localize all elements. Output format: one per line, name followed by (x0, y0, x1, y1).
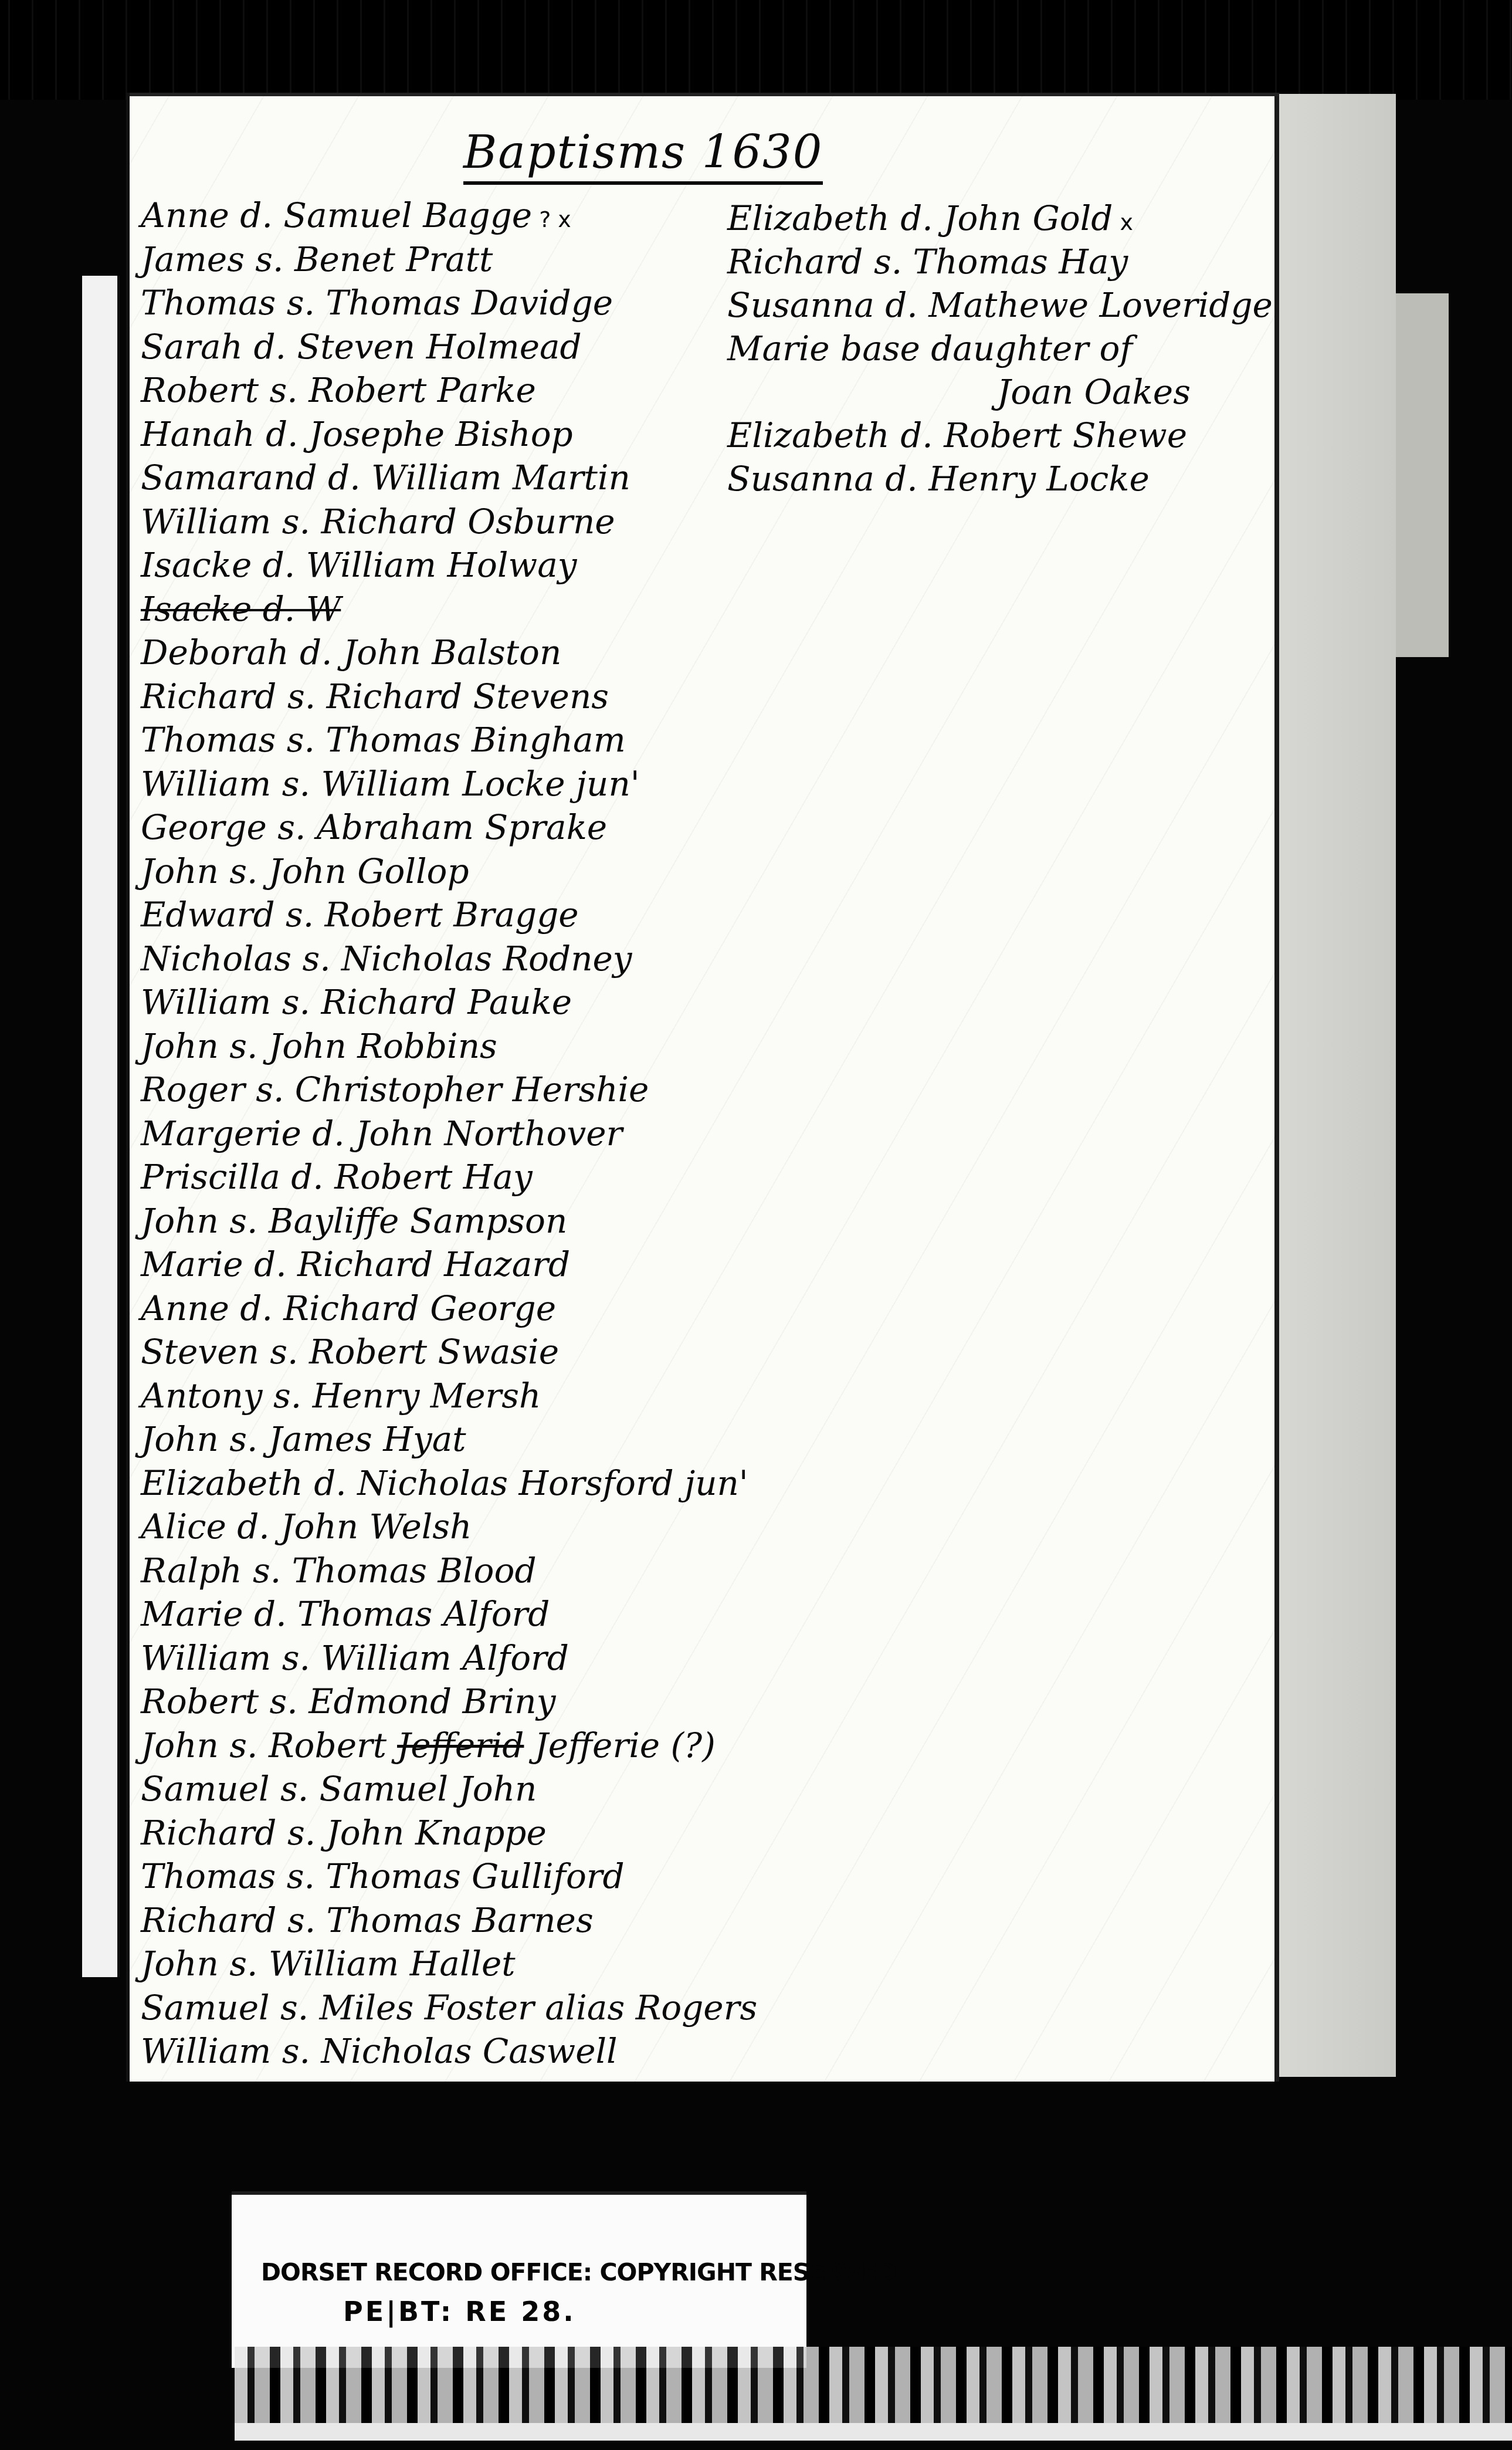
torn-paper-tab (1396, 293, 1449, 657)
baptism-entry: Hanah d. Josephe Bishop (141, 412, 815, 456)
baptism-entry: Edward s. Robert Bragge (141, 893, 815, 937)
baptism-entry: Elizabeth d. Robert Shewe (727, 414, 1255, 457)
entry-text: John s. Robert (141, 1725, 387, 1765)
baptism-entry: Robert s. Robert Parke (141, 368, 815, 412)
entry-text: Thomas s. Thomas Gulliford (141, 1856, 625, 1896)
margin-mark: x (1120, 209, 1133, 235)
baptism-entry: William s. Nicholas Caswell (141, 2029, 815, 2073)
film-strip-bottom (235, 2423, 1512, 2441)
entry-text: John s. John Robbins (141, 1026, 497, 1066)
entry-text: Hanah d. Josephe Bishop (141, 414, 573, 454)
entry-text: Richard s. Richard Stevens (141, 676, 609, 716)
entry-text: Richard s. John Knappe (141, 1813, 547, 1853)
baptism-entry: John s. John Gollop (141, 850, 815, 894)
page-binding-strip (82, 276, 120, 1977)
entry-text: Richard s. Thomas Hay (727, 242, 1128, 282)
baptism-entry: Sarah d. Steven Holmead (141, 325, 815, 369)
baptism-entry: Joan Oakes (727, 370, 1255, 414)
baptism-entry: Richard s. Thomas Barnes (141, 1899, 815, 1943)
baptism-entry: Robert s. Edmond Briny (141, 1680, 815, 1724)
film-strip-edge (235, 2347, 1512, 2435)
baptism-entry: Antony s. Henry Mersh (141, 1374, 815, 1418)
archive-label: DORSET RECORD OFFICE: COPYRIGHT RESERVED… (232, 2191, 806, 2368)
right-column-entries: Elizabeth d. John GoldxRichard s. Thomas… (727, 197, 1255, 500)
entry-text: Joan Oakes (997, 372, 1191, 412)
entry-text: Marie base daughter of (727, 329, 1133, 368)
entry-text: James s. Benet Pratt (141, 239, 493, 279)
entry-text: Robert s. Robert Parke (141, 370, 536, 410)
page-title: Baptisms 1630 (463, 126, 823, 185)
entry-text: Marie d. Richard Hazard (141, 1244, 570, 1284)
entry-text: Elizabeth d. Nicholas Horsford jun' (141, 1463, 748, 1503)
left-column-entries: Anne d. Samuel Bagge? xJames s. Benet Pr… (141, 194, 815, 2073)
entry-text: John s. James Hyat (141, 1419, 466, 1459)
baptism-entry: Samarand d. William Martin (141, 456, 815, 500)
baptism-entry: William s. Richard Pauke (141, 980, 815, 1024)
baptism-entry: Susanna d. Mathewe Loveridge (727, 283, 1255, 327)
entry-text: Susanna d. Henry Locke (727, 459, 1150, 499)
entry-text: Robert s. Edmond Briny (141, 1681, 555, 1721)
baptism-entry: Susanna d. Henry Locke (727, 457, 1255, 500)
entry-text: Priscilla d. Robert Hay (141, 1157, 533, 1197)
baptism-entry: John s. Bayliffe Sampson (141, 1199, 815, 1243)
entry-text: Samuel s. Miles Foster alias Rogers (141, 1988, 757, 2028)
baptism-entry: Nicholas s. Nicholas Rodney (141, 937, 815, 981)
baptism-entry: John s. RobertJefferidJefferie (?) (141, 1724, 815, 1768)
entry-text: Nicholas s. Nicholas Rodney (141, 939, 632, 979)
entry-text: Richard s. Thomas Barnes (141, 1900, 594, 1940)
entry-text: Elizabeth d. John Gold (727, 198, 1113, 238)
baptism-entry: Marie d. Richard Hazard (141, 1243, 815, 1287)
entry-text: Sarah d. Steven Holmead (141, 327, 582, 367)
baptism-entry: Samuel s. Miles Foster alias Rogers (141, 1986, 815, 2030)
baptism-entry: John s. William Hallet (141, 1942, 815, 1986)
baptism-entry: Elizabeth d. John Goldx (727, 197, 1255, 240)
baptism-entry: Thomas s. Thomas Davidge (141, 281, 815, 325)
entry-text: Isacke d. William Holway (141, 545, 577, 585)
surname-correction: Jefferie (?) (534, 1725, 715, 1765)
entry-text: John s. John Gollop (141, 851, 469, 891)
baptism-entry: William s. William Alford (141, 1636, 815, 1680)
entry-text: Deborah d. John Balston (141, 632, 561, 672)
baptism-entry: Roger s. Christopher Hershie (141, 1068, 815, 1112)
entry-text: William s. Nicholas Caswell (141, 2031, 618, 2071)
copyright-notice: DORSET RECORD OFFICE: COPYRIGHT RESERVED (261, 2258, 897, 2286)
margin-mark: ? x (539, 207, 571, 232)
entry-text: Ralph s. Thomas Blood (141, 1551, 537, 1591)
baptism-entry: Richard s. Thomas Hay (727, 240, 1255, 283)
entry-text: George s. Abraham Sprake (141, 807, 607, 847)
entry-text: William s. Richard Pauke (141, 982, 572, 1022)
baptism-entry: Priscilla d. Robert Hay (141, 1155, 815, 1199)
baptism-entry: George s. Abraham Sprake (141, 806, 815, 850)
baptism-entry: William s. Richard Osburne (141, 500, 815, 544)
baptism-entry: Thomas s. Thomas Bingham (141, 718, 815, 762)
entry-text: Samuel s. Samuel John (141, 1769, 537, 1809)
baptism-entry: James s. Benet Pratt (141, 238, 815, 282)
baptism-entry: Steven s. Robert Swasie (141, 1330, 815, 1374)
entry-text: Marie d. Thomas Alford (141, 1594, 550, 1634)
baptism-entry: Richard s. Richard Stevens (141, 675, 815, 719)
baptism-entry: Deborah d. John Balston (141, 631, 815, 675)
entry-text: John s. Bayliffe Sampson (141, 1201, 567, 1241)
entry-text: Steven s. Robert Swasie (141, 1332, 559, 1372)
film-border-top (0, 0, 1512, 100)
entry-text: Anne d. Samuel Bagge (141, 195, 532, 235)
entry-text: Isacke d. W (141, 589, 341, 629)
entry-text: Alice d. John Welsh (141, 1507, 472, 1547)
baptism-entry: Marie base daughter of (727, 327, 1255, 370)
entry-text: Anne d. Richard George (141, 1288, 556, 1328)
entry-text: William s. William Alford (141, 1638, 569, 1678)
entry-text: Thomas s. Thomas Bingham (141, 720, 626, 760)
entry-text: Elizabeth d. Robert Shewe (727, 415, 1187, 455)
baptism-entry: Samuel s. Samuel John (141, 1767, 815, 1811)
baptism-entry: Ralph s. Thomas Blood (141, 1549, 815, 1593)
entry-text: Margerie d. John Northover (141, 1114, 622, 1153)
baptism-entry: Isacke d. William Holway (141, 543, 815, 587)
baptism-entry: Margerie d. John Northover (141, 1112, 815, 1156)
baptism-entry: John s. James Hyat (141, 1417, 815, 1461)
entry-text: Roger s. Christopher Hershie (141, 1070, 649, 1109)
baptism-entry: Anne d. Richard George (141, 1287, 815, 1331)
baptism-entry: Richard s. John Knappe (141, 1811, 815, 1855)
entry-text: Thomas s. Thomas Davidge (141, 283, 613, 323)
baptism-entry: John s. John Robbins (141, 1024, 815, 1068)
entry-text: John s. William Hallet (141, 1944, 516, 1984)
reference-number: PE|BT: RE 28. (343, 2296, 576, 2327)
baptism-entry: Marie d. Thomas Alford (141, 1592, 815, 1636)
entry-text: William s. Richard Osburne (141, 502, 615, 542)
baptism-entry: Thomas s. Thomas Gulliford (141, 1855, 815, 1899)
entry-text: William s. William Locke jun' (141, 764, 640, 804)
baptism-entry: Alice d. John Welsh (141, 1505, 815, 1549)
struck-surname: Jefferid (397, 1725, 524, 1765)
entry-text: Antony s. Henry Mersh (141, 1376, 541, 1416)
entry-text: Edward s. Robert Bragge (141, 895, 579, 935)
baptism-entry: Isacke d. W (141, 587, 815, 631)
baptism-entry: Anne d. Samuel Bagge? x (141, 194, 815, 238)
baptism-entry: Elizabeth d. Nicholas Horsford jun' (141, 1461, 815, 1505)
entry-text: Susanna d. Mathewe Loveridge (727, 285, 1273, 325)
baptism-entry: William s. William Locke jun' (141, 762, 815, 806)
entry-text: Samarand d. William Martin (141, 458, 630, 498)
